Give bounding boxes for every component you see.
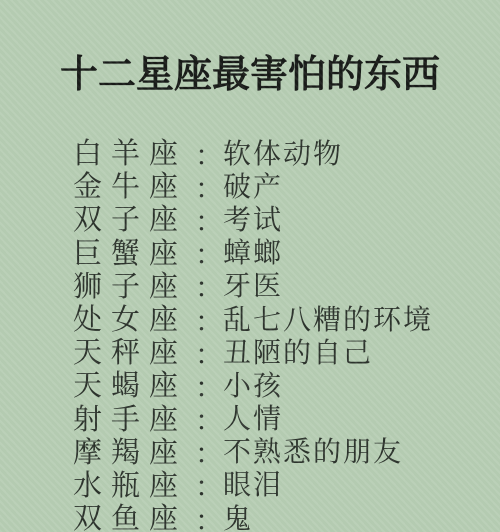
list-item: 处女座 ： 乱七八糟的环境 (73, 301, 494, 334)
page-title: 十二星座最害怕的东西 (0, 52, 500, 96)
colon-separator: ： (195, 499, 223, 532)
list-item: 金牛座 ： 破产 (73, 168, 494, 201)
list-item: 水瓶座 ： 眼泪 (73, 467, 494, 500)
list-item: 天秤座 ： 丑陋的自己 (73, 334, 494, 367)
list-item: 巨蟹座 ： 蟑螂 (73, 235, 494, 268)
list-item: 天蝎座 ： 小孩 (73, 367, 494, 400)
list-item: 摩羯座 ： 不熟悉的朋友 (73, 434, 494, 467)
zodiac-fears-card: 十二星座最害怕的东西 白羊座 ： 软体动物 金牛座 ： 破产 双子座 ： 考试 … (0, 0, 500, 532)
list-item: 射手座 ： 人情 (73, 401, 494, 434)
list-item: 双鱼座 ： 鬼 (73, 500, 494, 532)
fear-label: 鬼 (223, 497, 253, 532)
zodiac-list: 白羊座 ： 软体动物 金牛座 ： 破产 双子座 ： 考试 巨蟹座 ： 蟑螂 狮子… (73, 135, 494, 532)
list-item: 白羊座 ： 软体动物 (73, 135, 494, 168)
zodiac-sign-label: 双鱼座 (73, 496, 195, 532)
list-item: 狮子座 ： 牙医 (73, 268, 494, 301)
list-item: 双子座 ： 考试 (73, 201, 494, 234)
